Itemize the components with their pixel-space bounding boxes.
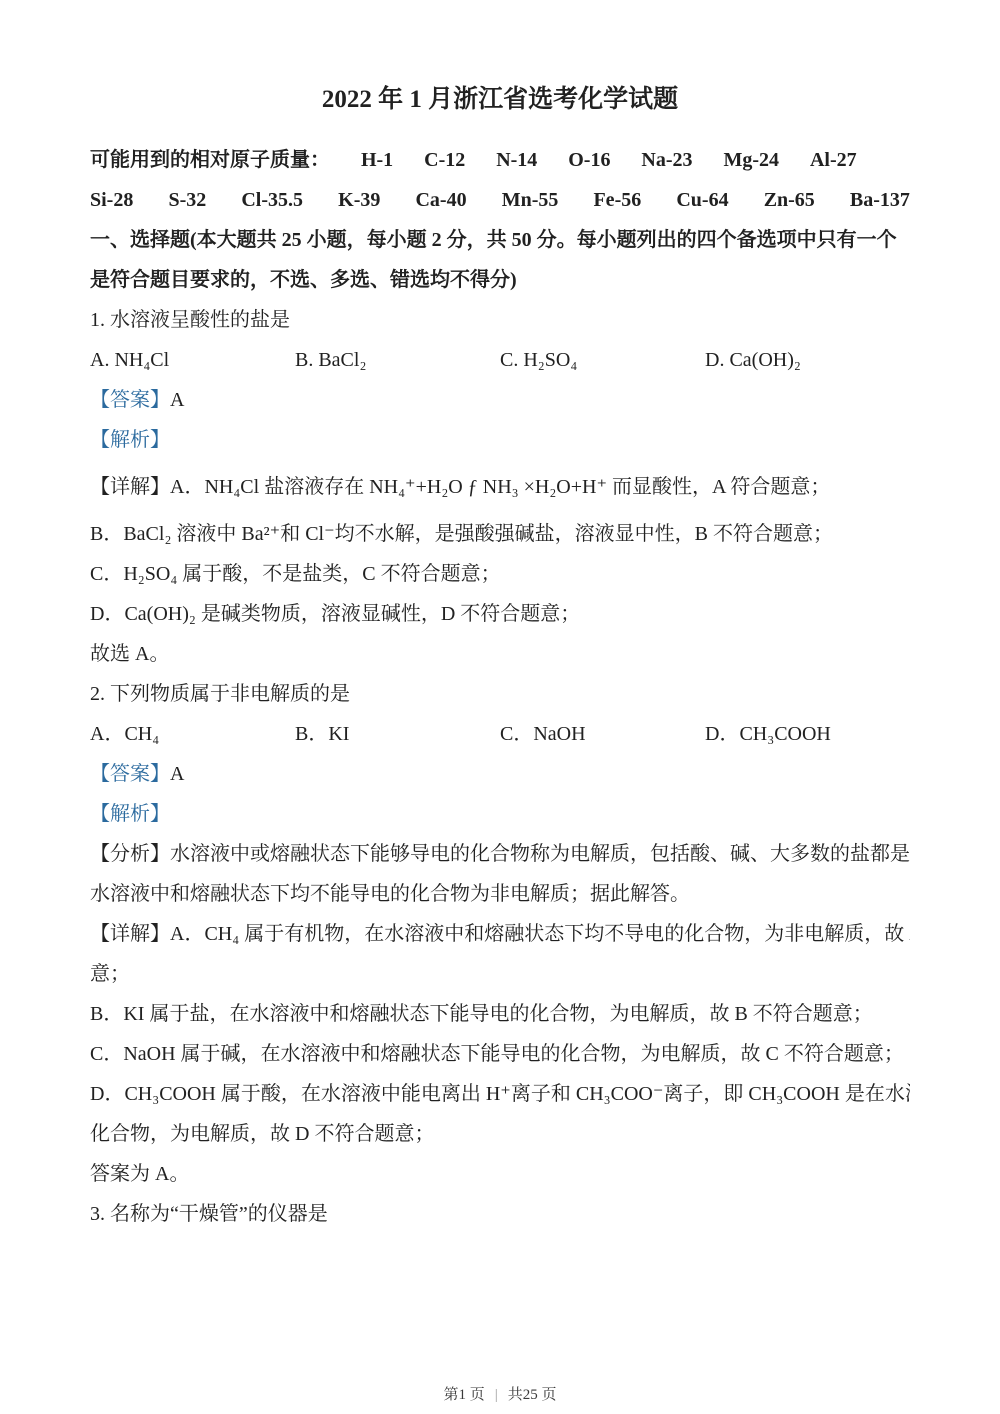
atomic-mass-item: Ba-137 bbox=[850, 180, 910, 220]
question-2-detail-line: 【详解】A．CH₄ 属于有机物，在水溶液中和熔融状态下均不导电的化合物，为非电解… bbox=[90, 914, 910, 954]
atomic-masses-label: 可能用到的相对原子质量： bbox=[90, 140, 330, 180]
atomic-mass-item: Zn-65 bbox=[764, 180, 815, 220]
question-2-analysis-text: 【分析】水溶液中或熔融状态下能够导电的化合物称为电解质，包括酸、碱、大多数的盐都… bbox=[90, 834, 910, 874]
question-2-detail-line: 答案为 A。 bbox=[90, 1154, 910, 1194]
question-1-detail-line: 故选 A。 bbox=[90, 634, 910, 674]
atomic-mass-item: Na-23 bbox=[641, 140, 692, 180]
atomic-mass-item: Ca-40 bbox=[415, 180, 466, 220]
atomic-mass-item: Al-27 bbox=[810, 140, 857, 180]
option-b: B. BaCl₂ bbox=[295, 340, 500, 380]
answer-tag: 【答案】 bbox=[90, 389, 170, 411]
analysis-tag: 【解析】 bbox=[90, 803, 170, 825]
option-d: D. Ca(OH)₂ bbox=[705, 340, 910, 380]
footer-separator: | bbox=[485, 1387, 508, 1403]
question-2-detail-line: 意； bbox=[90, 954, 910, 994]
question-1-detail-line: 【详解】A．NH₄Cl 盐溶液存在 NH₄⁺+H₂O ƒ NH₃ ×H₂O+H⁺… bbox=[90, 460, 910, 514]
page-title: 2022 年 1 月浙江省选考化学试题 bbox=[90, 80, 910, 120]
question-2-analysis-line: 【解析】 bbox=[90, 794, 910, 834]
atomic-mass-item: Cu-64 bbox=[676, 180, 728, 220]
atomic-mass-item: C-12 bbox=[424, 140, 465, 180]
question-1-analysis-line: 【解析】 bbox=[90, 420, 910, 460]
question-1-answer-line: 【答案】A bbox=[90, 380, 910, 420]
atomic-masses-row-2: Si-28 S-32 Cl-35.5 K-39 Ca-40 Mn-55 Fe-5… bbox=[90, 180, 910, 220]
option-a: A. NH₄Cl bbox=[90, 340, 295, 380]
question-2-detail-line: 化合物，为电解质，故 D 不符合题意； bbox=[90, 1114, 910, 1154]
question-1-detail-line: B．BaCl₂ 溶液中 Ba²⁺和 Cl⁻均不水解，是强酸强碱盐，溶液显中性，B… bbox=[90, 514, 910, 554]
footer-total-pages: 共25 页 bbox=[508, 1387, 557, 1403]
atomic-mass-item: Si-28 bbox=[90, 180, 133, 220]
question-1-detail-line: D．Ca(OH)₂ 是碱类物质，溶液显碱性，D 不符合题意； bbox=[90, 594, 910, 634]
atomic-mass-item: O-16 bbox=[568, 140, 610, 180]
option-c: C. H₂SO₄ bbox=[500, 340, 705, 380]
atomic-mass-item: Fe-56 bbox=[593, 180, 641, 220]
page-content: 2022 年 1 月浙江省选考化学试题 可能用到的相对原子质量： H-1 C-1… bbox=[90, 0, 910, 1234]
question-2-answer-line: 【答案】A bbox=[90, 754, 910, 794]
option-a: A．CH₄ bbox=[90, 714, 295, 754]
question-1-stem: 1. 水溶液呈酸性的盐是 bbox=[90, 300, 910, 340]
exam-paper-page: 2022 年 1 月浙江省选考化学试题 可能用到的相对原子质量： H-1 C-1… bbox=[0, 0, 1000, 1414]
atomic-mass-item: H-1 bbox=[361, 140, 393, 180]
atomic-mass-item: Cl-35.5 bbox=[241, 180, 303, 220]
question-3-stem: 3. 名称为“干燥管”的仪器是 bbox=[90, 1194, 910, 1234]
question-2-detail-line: B．KI 属于盐，在水溶液中和熔融状态下能导电的化合物，为电解质，故 B 不符合… bbox=[90, 994, 910, 1034]
section-heading-line-2: 是符合题目要求的，不选、多选、错选均不得分) bbox=[90, 260, 910, 300]
atomic-mass-item: Mg-24 bbox=[723, 140, 779, 180]
analysis-tag: 【解析】 bbox=[90, 429, 170, 451]
question-2-detail-line: C．NaOH 属于碱，在水溶液中和熔融状态下能导电的化合物，为电解质，故 C 不… bbox=[90, 1034, 910, 1074]
question-1-options: A. NH₄Cl B. BaCl₂ C. H₂SO₄ D. Ca(OH)₂ bbox=[90, 340, 910, 380]
page-footer: 第1 页|共25 页 bbox=[0, 1383, 1000, 1404]
section-heading-line-1: 一、选择题(本大题共 25 小题，每小题 2 分，共 50 分。每小题列出的四个… bbox=[90, 220, 910, 260]
atomic-mass-item: S-32 bbox=[168, 180, 206, 220]
atomic-mass-item: N-14 bbox=[496, 140, 537, 180]
atomic-masses-row-1: 可能用到的相对原子质量： H-1 C-12 N-14 O-16 Na-23 Mg… bbox=[90, 140, 857, 180]
atomic-mass-item: Mn-55 bbox=[502, 180, 559, 220]
option-c: C．NaOH bbox=[500, 714, 705, 754]
question-1-detail-line: C．H₂SO₄ 属于酸，不是盐类，C 不符合题意； bbox=[90, 554, 910, 594]
option-b: B．KI bbox=[295, 714, 500, 754]
footer-page-number: 第1 页 bbox=[443, 1387, 484, 1403]
question-2-stem: 2. 下列物质属于非电解质的是 bbox=[90, 674, 910, 714]
question-2-analysis-text: 水溶液中和熔融状态下均不能导电的化合物为非电解质；据此解答。 bbox=[90, 874, 910, 914]
atomic-mass-item: K-39 bbox=[338, 180, 380, 220]
answer-tag: 【答案】 bbox=[90, 763, 170, 785]
answer-value: A bbox=[170, 763, 184, 785]
question-2-options: A．CH₄ B．KI C．NaOH D．CH₃COOH bbox=[90, 714, 910, 754]
question-2-detail-line: D．CH₃COOH 属于酸，在水溶液中能电离出 H⁺离子和 CH₃COO⁻离子，… bbox=[90, 1074, 910, 1114]
answer-value: A bbox=[170, 389, 184, 411]
option-d: D．CH₃COOH bbox=[705, 714, 910, 754]
